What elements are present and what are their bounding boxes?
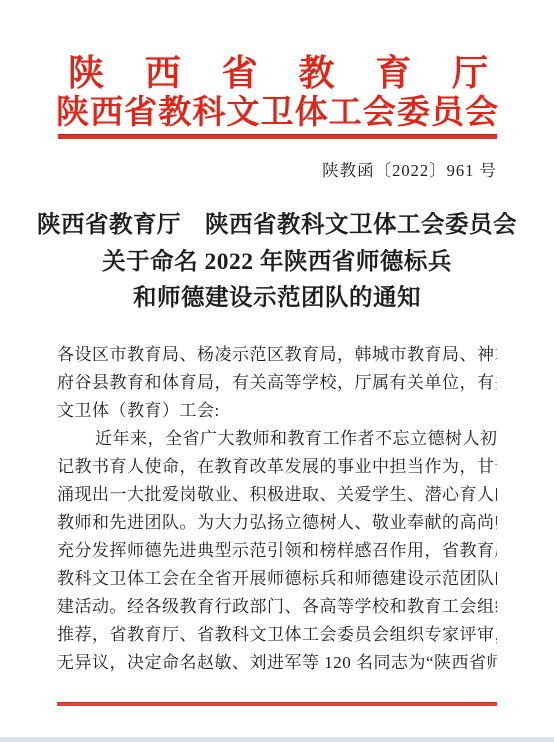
document-body: 各设区市教育局、杨凌示范区教育局，韩城市教育局、神木市、 府谷县教育和体育局，有… [57,341,497,677]
body-text-line: 教科文卫体工会在全省开展师德标兵和师德建设示范团队的创 [57,565,497,593]
body-text-line: 涌现出一大批爱岗敬业、积极进取、关爱学生、潜心育人的优秀 [57,481,497,509]
body-text-line: 近年来，全省广大教师和教育工作者不忘立德树人初心，牢 [57,425,497,453]
letterhead-org-line-1: 陕西省教育厅 [68,52,488,94]
scanned-document-page: 陕西省教育厅 陕西省教科文卫体工会委员会 陕教函〔2022〕961 号 陕西省教… [0,0,554,742]
scan-page-edge [0,737,554,742]
body-text-line: 推荐，省教育厅、省教科文卫体工会委员会组织专家评审，公示 [57,621,497,649]
letterhead-org-line-2: 陕西省教科文卫体工会委员会 [56,91,498,135]
footer-red-rule [57,702,497,706]
body-text-line: 记教书育人使命，在教育改革发展的事业中担当作为，甘于奉献， [57,453,497,481]
letterhead-red-rule [58,134,497,139]
body-text-line: 充分发挥师德先进典型示范引领和榜样感召作用，省教育厅和省 [57,537,497,565]
document-number: 陕教函〔2022〕961 号 [57,159,497,183]
body-text-line: 教师和先进团队。为大力弘扬立德树人、敬业奉献的高尚师德， [57,509,497,537]
body-text-line: 府谷县教育和体育局，有关高等学校，厅属有关单位，有关教科 [57,369,497,397]
document-title-line-1: 陕西省教育厅 陕西省教科文卫体工会委员会 [30,207,524,244]
document-title: 陕西省教育厅 陕西省教科文卫体工会委员会 关于命名 2022 年陕西省师德标兵 … [30,207,524,317]
body-text-line: 文卫体（教育）工会: [57,397,497,425]
body-text-line: 各设区市教育局、杨凌示范区教育局，韩城市教育局、神木市、 [57,341,497,369]
body-text-line: 建活动。经各级教育行政部门、各高等学校和教育工会组织遴选 [57,593,497,621]
document-title-line-2: 关于命名 2022 年陕西省师德标兵 [30,244,524,281]
document-title-line-3: 和师德建设示范团队的通知 [30,280,524,317]
body-text-line: 无异议，决定命名赵敏、刘进军等 120 名同志为“陕西省师德标 [57,649,497,677]
